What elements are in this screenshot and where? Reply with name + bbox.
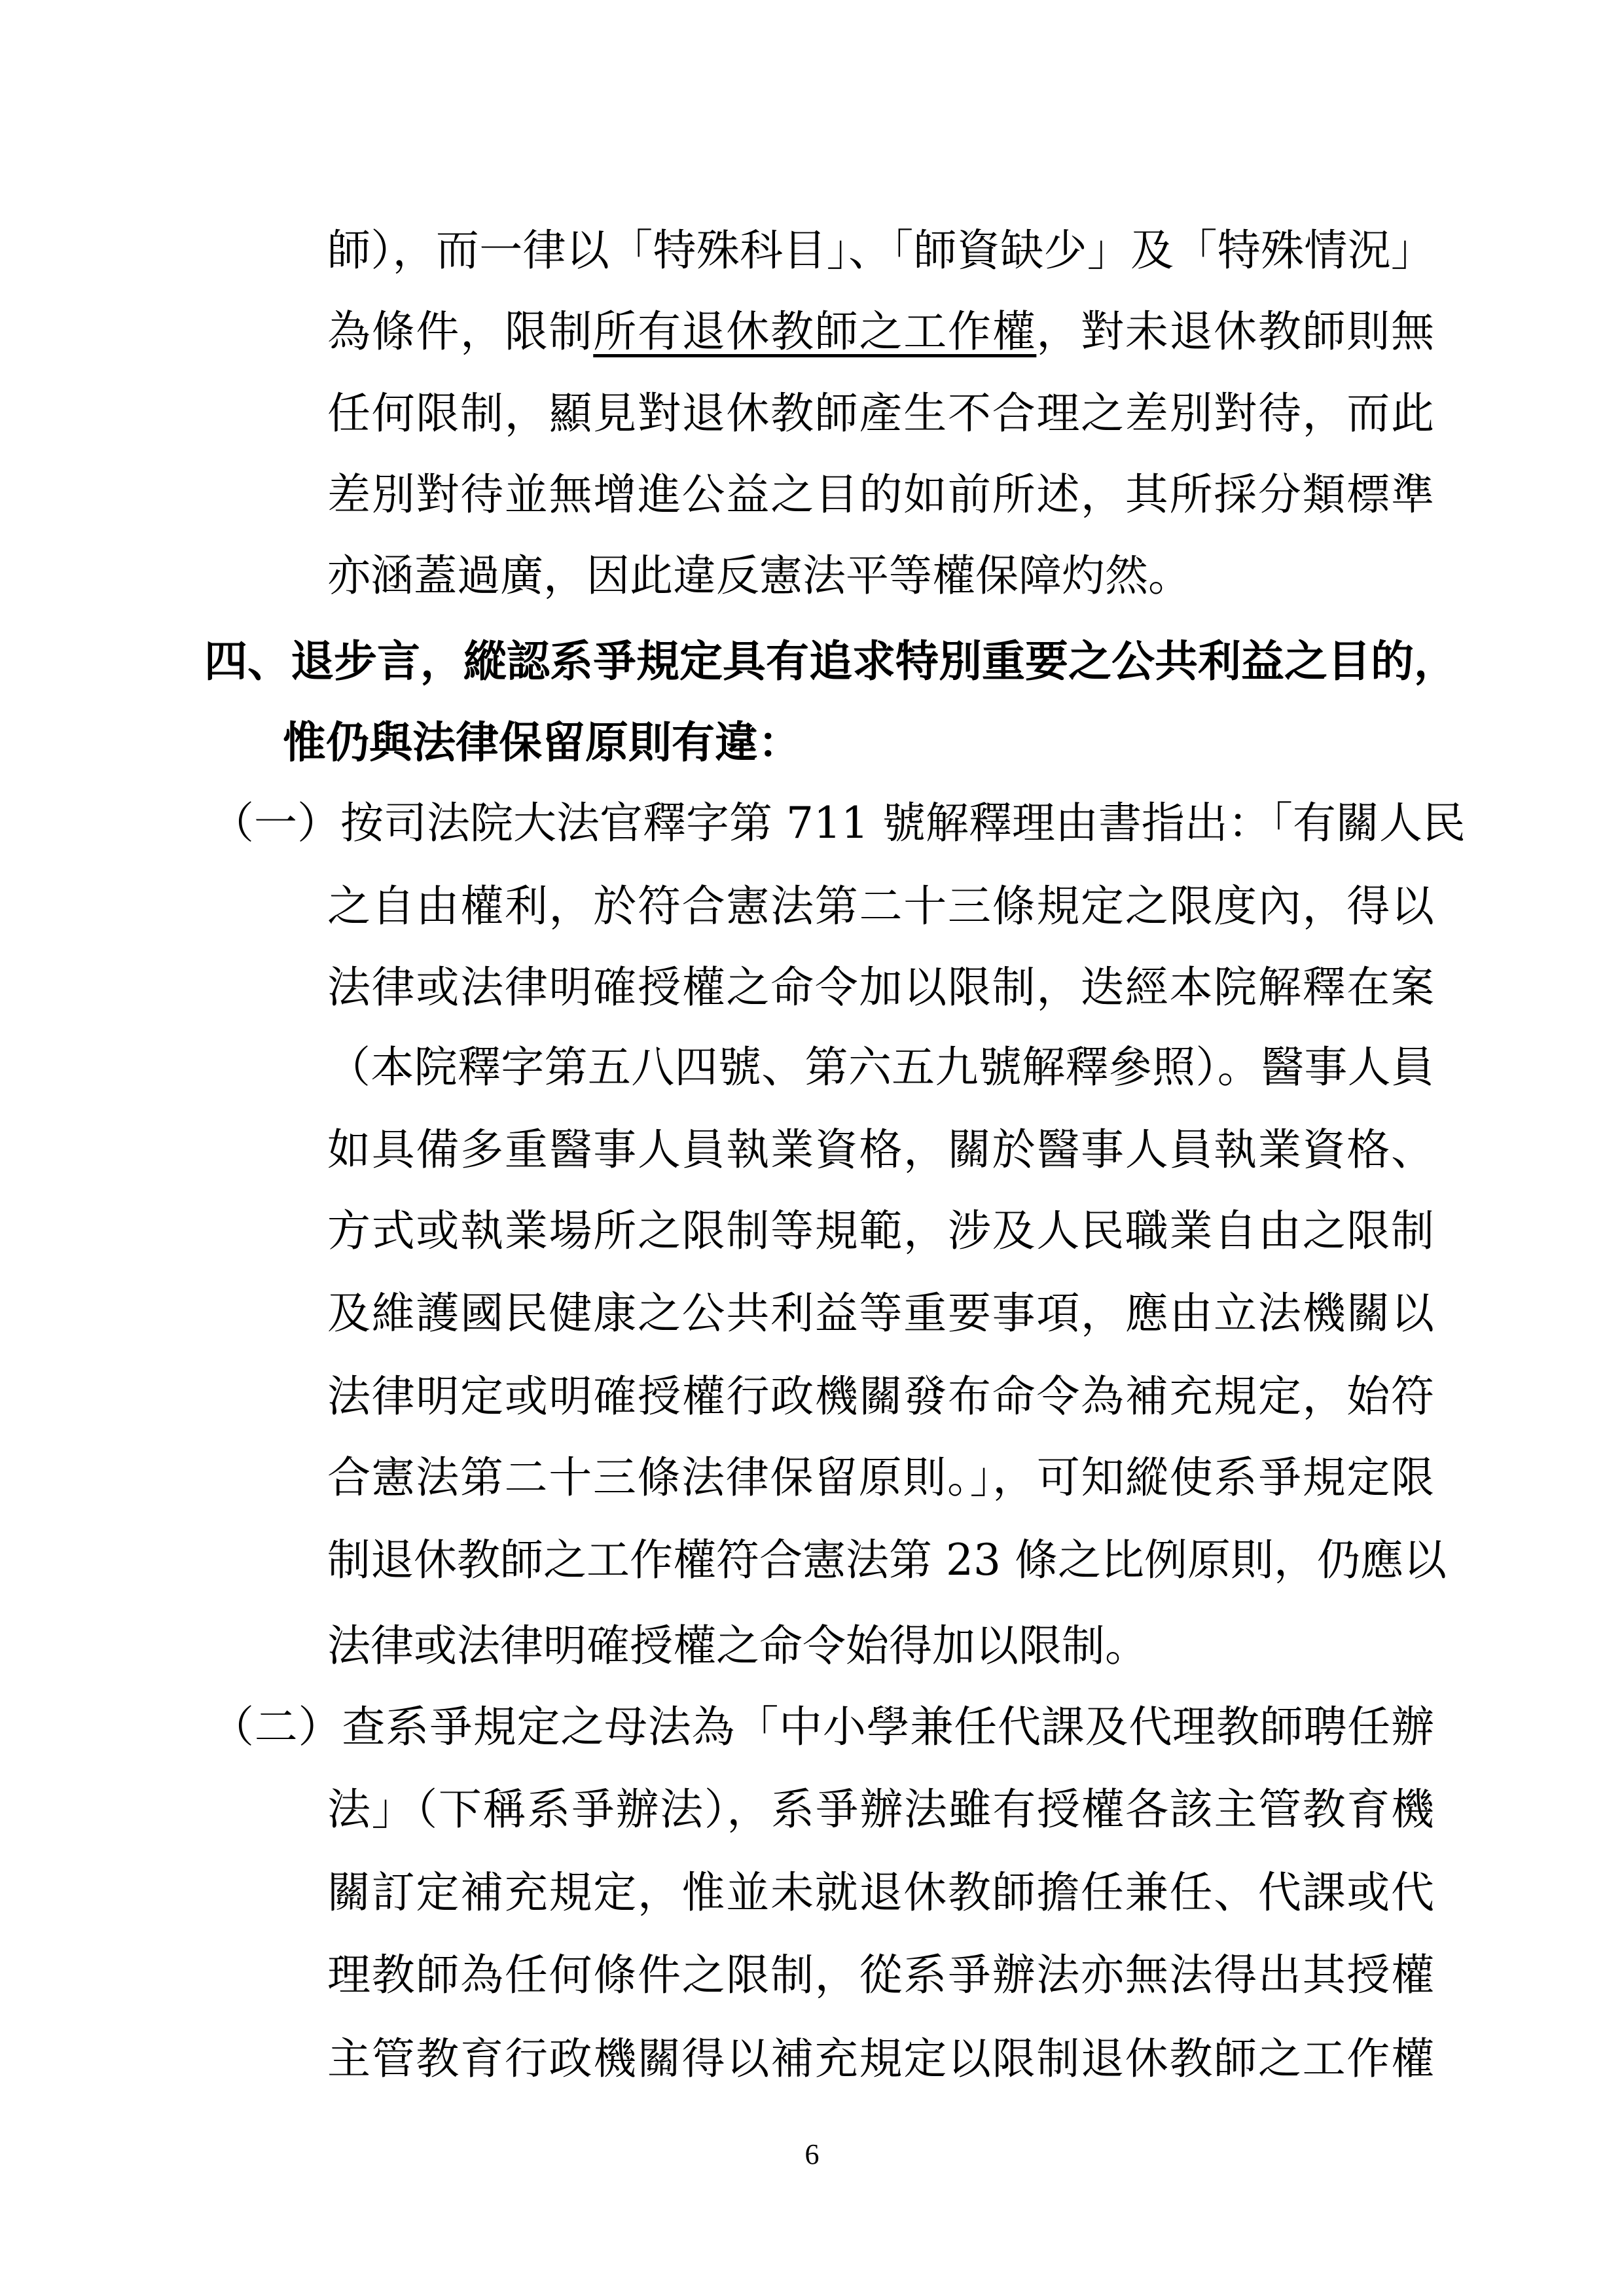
- page-number: 6: [0, 2135, 1624, 2174]
- paragraph-line: （本院釋字第五八四號、第六五九號解釋參照）。醫事人員: [327, 1038, 1434, 1097]
- paragraph-line: 亦涵蓋過廣，因此違反憲法平等權保障灼然。: [327, 547, 1434, 605]
- section-heading: 四、退步言，縱認系爭規定具有追求特別重要之公共利益之目的，: [204, 632, 1439, 691]
- paragraph-line: 理教師為任何條件之限制，從系爭辦法亦無法得出其授權: [327, 1946, 1434, 2005]
- paragraph-line: 之自由權利，於符合憲法第二十三條規定之限度內，得以: [327, 877, 1434, 936]
- paragraph-line: 差別對待並無增進公益之目的如前所述，其所採分類標準: [327, 465, 1434, 524]
- paragraph-line: 合憲法第二十三條法律保留原則。」，可知縱使系爭規定限: [327, 1448, 1434, 1507]
- paragraph-line: 制退休教師之工作權符合憲法第 23 條之比例原則，仍應以: [327, 1531, 1434, 1590]
- document-page: 師），而一律以「特殊科目」、「師資缺少」及「特殊情況」 為條件，限制所有退休教師…: [0, 0, 1624, 2296]
- paragraph-line: 任何限制，顯見對退休教師產生不合理之差別對待，而此: [327, 384, 1434, 443]
- paragraph-line: 為條件，限制所有退休教師之工作權，對未退休教師則無: [327, 302, 1434, 361]
- list-item-1-first-line: （一）按司法院大法官釋字第 711 號解釋理由書指出：「有關人民: [211, 794, 1434, 853]
- paragraph-line: 方式或執業場所之限制等規範，涉及人民職業自由之限制: [327, 1202, 1434, 1261]
- paragraph-line: 法律明定或明確授權行政機關發布命令為補充規定，始符: [327, 1367, 1434, 1426]
- paragraph-line: 法」（下稱系爭辦法），系爭辦法雖有授權各該主管教育機: [327, 1780, 1434, 1839]
- list-item-2-first-line: （二）查系爭規定之母法為「中小學兼任代課及代理教師聘任辦: [211, 1698, 1434, 1757]
- paragraph-line: 法律或法律明確授權之命令加以限制，迭經本院解釋在案: [327, 958, 1434, 1017]
- underlined-emphasis: 所有退休教師之工作權: [593, 306, 1036, 357]
- paragraph-line: 如具備多重醫事人員執業資格，關於醫事人員執業資格、: [327, 1121, 1434, 1179]
- paragraph-line: 師），而一律以「特殊科目」、「師資缺少」及「特殊情況」: [327, 221, 1434, 280]
- paragraph-line: 法律或法律明確授權之命令始得加以限制。: [327, 1617, 1434, 1676]
- paragraph-line: 主管教育行政機關得以補充規定以限制退休教師之工作權: [327, 2030, 1434, 2089]
- paragraph-line: 關訂定補充規定，惟並未就退休教師擔任兼任、代課或代: [327, 1863, 1434, 1922]
- text-span: 為條件，限制: [327, 306, 593, 357]
- paragraph-line: 及維護國民健康之公共利益等重要事項，應由立法機關以: [327, 1284, 1434, 1343]
- text-span: ，對未退休教師則無: [1036, 306, 1434, 357]
- section-heading-continuation: 惟仍與法律保留原則有違：: [283, 713, 1434, 772]
